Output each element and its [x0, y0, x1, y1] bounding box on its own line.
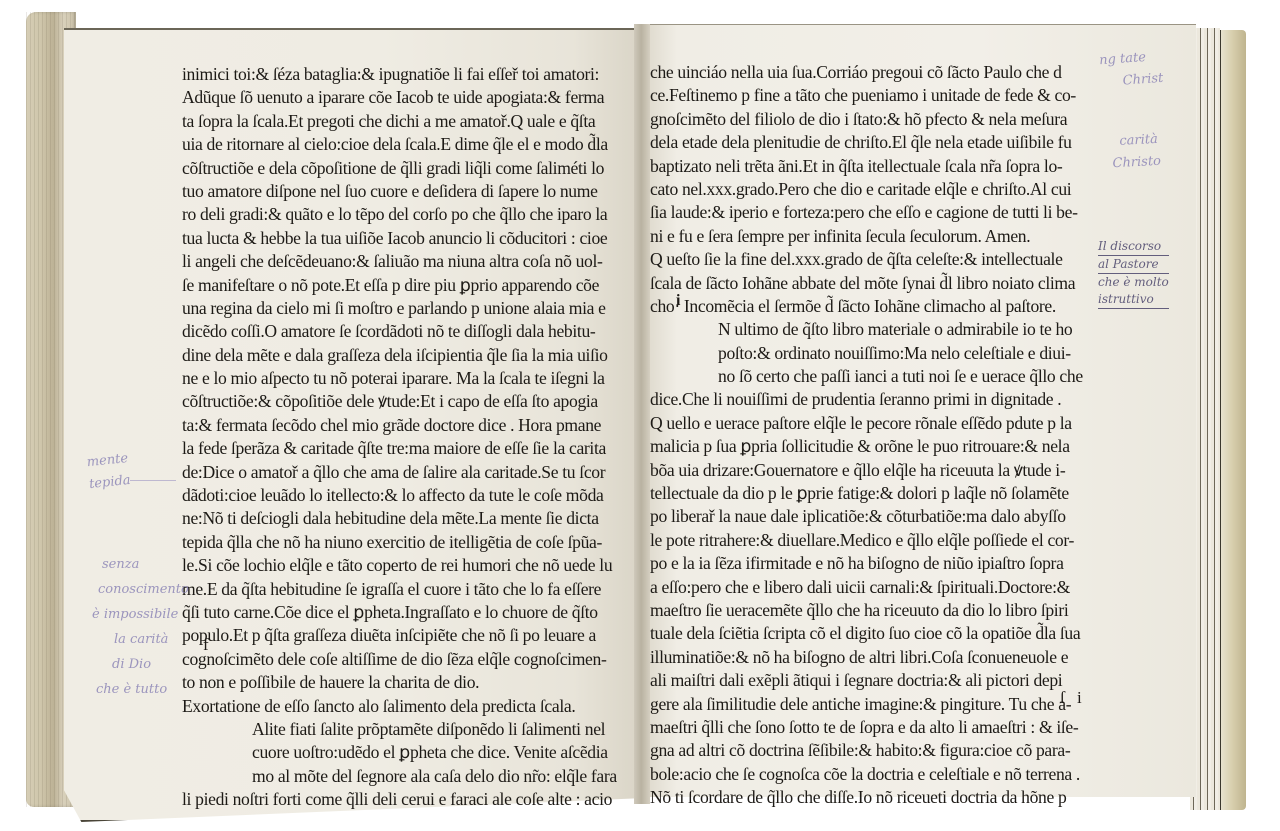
text-line: poſto:& ordinato nouiſſimo:Ma nelo celeſ… [650, 342, 1095, 365]
note-line: Il discorso [1098, 238, 1169, 256]
text-line: tepida q̃lla che nõ ha niuno exercitio d… [182, 531, 627, 554]
marginal-note-right-discourse: Il discorso al Pastore che è molto istru… [1098, 238, 1169, 309]
text-line: maeſtri q̃lli che ſono ſotto te de ſopra… [650, 716, 1095, 739]
note-line: senza [92, 552, 189, 577]
text-line: una regina da cielo mi ſi moſtro e parla… [182, 297, 627, 320]
text-line: po liberař la naue dale iplicatiõe:& cõt… [650, 505, 1095, 528]
text-line: dine dela mẽte e dala graſſeza dela iſci… [182, 344, 627, 367]
text-line: mo al mõte del ſegnore ala caſa delo dio… [182, 765, 627, 788]
text-line: ce.Feſtinemo p fine a tãto che pueniamo … [650, 84, 1095, 107]
note-line: Christ [1100, 68, 1164, 94]
text-line: dãdoti:cioe leuãdo lo itellecto:& lo aff… [182, 484, 627, 507]
note-line: conoscimento [92, 577, 189, 602]
text-line: me.E da q̃ſta hebitudine ſe igraſſa el c… [182, 578, 627, 601]
note-line: al Pastore [1098, 256, 1169, 274]
text-line: cõſtructiõe e dela cõpoſitione de q̃lli … [182, 157, 627, 180]
text-line: ta ſopra la ſcala.Et pregoti che dichi a… [182, 110, 627, 133]
text-line: cato nel.xxx.grado.Pero che dio e carita… [650, 178, 1095, 201]
text-line: ali maiſtri dali exẽpli ãtiqui i ſegnare… [650, 669, 1095, 692]
note-line: che è molto [1098, 274, 1169, 291]
text-line: cõſtructiõe:& cõpoſitiõe dele ꝟtude:Et i… [182, 390, 627, 413]
text-line: ſe manifeſtare o nõ pote.Et eſſa p dire … [182, 274, 627, 297]
text-line: to non e poſſibile de hauere la charita … [182, 671, 627, 694]
right-page-text: che uinciáo nella uia ſua.Corriáo pregou… [650, 61, 1095, 810]
note-line: di Dio [92, 652, 189, 677]
left-page-text: inimici toi:& ſéza bataglia:& ipugnatiõe… [182, 63, 627, 812]
note-line: la carità [92, 627, 189, 652]
text-line: Alite fiati ſalite prõptamẽte diſponẽdo … [182, 718, 627, 741]
text-line: dice.Che li nouiſſimi de prudentia ſeran… [650, 388, 1095, 411]
section-heading: cho· Incomẽcia el ſermõe d̃ ſãcto Iohãne… [650, 295, 1095, 318]
note-line: carità [1111, 129, 1161, 154]
text-line: uia de ritornare al cielo:cioe dela ſcal… [182, 133, 627, 156]
note-line: Christo [1112, 151, 1162, 176]
text-line: ro deli gradi:& quãto e lo tẽpo del corſ… [182, 203, 627, 226]
text-line: le.Si cõe lochio elq̃le e tãto coperto d… [182, 554, 627, 577]
text-line: populo.Et p q̃ſta graſſeza diuẽta inſcip… [182, 624, 627, 647]
text-line: cuore uoſtro:udẽdo el ꝑpheta che dice. V… [182, 741, 627, 764]
right-section-mark: i [676, 292, 680, 310]
text-line: Nõ ti ſcordare de q̃llo che diſſe.Io nõ … [650, 786, 1095, 809]
text-line: tuo amatore diſpone nel ſuo cuore e deſi… [182, 180, 627, 203]
text-line: gere ala ſimilitudie dele antiche imagin… [650, 693, 1095, 716]
marginal-note-right-top: ng tate Christ [1099, 46, 1165, 94]
note-line: che è tutto [92, 677, 189, 702]
text-line: bole:acio che ſe cognoſca cõe la doctria… [650, 763, 1095, 786]
text-line: ſia laude:& iperio e forteza:pero che eſ… [650, 201, 1095, 224]
text-line: ni e fu e ſera ſempre per infinita ſecul… [650, 225, 1095, 248]
text-line: N ultimo de q̃ſto libro materiale o admi… [650, 318, 1095, 341]
text-line: no ſõ certo che paſſi ianci a tuti noi ſ… [650, 365, 1095, 388]
note-line: istruttivo [1098, 291, 1169, 309]
text-line: tua lucta & hebbe la tua uiſiõe Iacob an… [182, 227, 627, 250]
text-line: li piedi noſtri forti come q̃lli deli ce… [182, 788, 627, 811]
right-signature-mark: ſ i [1060, 688, 1086, 708]
text-line: inimici toi:& ſéza bataglia:& ipugnatiõe… [182, 63, 627, 86]
text-line: de:Dice o amatoř a q̃llo che ama de ſali… [182, 461, 627, 484]
text-line: gnoſcimẽto del filiolo de dio i ſtato:& … [650, 108, 1095, 131]
section-heading: Exortatione de eſſo ſancto alo ſalimento… [182, 695, 627, 718]
text-line: che uinciáo nella uia ſua.Corriáo pregou… [650, 61, 1095, 84]
right-page-block-edge [1218, 30, 1246, 810]
text-line: q̃ſi tuto carne.Cõe dice el ꝑpheta.Ingra… [182, 601, 627, 624]
text-line: ta:& fermata ſecõdo chel mio grãde docto… [182, 414, 627, 437]
text-line: bõa uia drizare:Gouernatore e q̃llo elq̃… [650, 459, 1095, 482]
text-line: baptizato neli trẽta ãni.Et in q̃ſta ite… [650, 155, 1095, 178]
book-gutter [634, 24, 650, 804]
note-line: tepida [88, 470, 132, 496]
text-line: Q ueſto ſie la fine del.xxx.grado de q̃ſ… [650, 248, 1095, 271]
text-line: ne:Nõ ti deſciogli dala hebitudine dela … [182, 507, 627, 530]
marginal-note-left-carita: senza conoscimento è impossibile la cari… [92, 552, 189, 702]
text-line: gna ad altri cõ doctrina ſẽſibile:& habi… [650, 739, 1095, 762]
text-line: dicẽdo coſſi.O amatore ſe ſcordãdoti nõ … [182, 320, 627, 343]
left-signature-mark: f [203, 635, 209, 655]
text-line: po e la ia ſẽza ifirmitade e nõ ha biſog… [650, 552, 1095, 575]
marginal-rule [130, 480, 176, 481]
text-line: maeſtro ſie ueracemẽte q̃llo che ha rice… [650, 599, 1095, 622]
text-line: ne e lo mio aſpecto tu nõ poterai iparar… [182, 367, 627, 390]
text-line: ſcala de ſãcto Iohãne abbate del mõte ſy… [650, 272, 1095, 295]
marginal-note-left-mente: mente tepida [86, 448, 132, 496]
text-line: malicia p ſua ꝑpria ſollicitudie & orõne… [650, 435, 1095, 458]
text-line: Adũque ſõ uenuto a iparare cõe Iacob te … [182, 86, 627, 109]
note-line: è impossibile [92, 602, 189, 627]
text-line: le pote ritrahere:& diuellare.Medico e q… [650, 529, 1095, 552]
text-line: tellectuale da dio p le ꝑprie fatige:& d… [650, 482, 1095, 505]
marginal-note-right-mid: carità Christo [1111, 129, 1162, 175]
text-line: li angeli che deſcẽdeuano:& ſaliuão ma n… [182, 250, 627, 273]
text-line: Q uello e uerace paſtore elq̃le le pecor… [650, 412, 1095, 435]
text-line: dela etade dela plenitudie de chriſto.El… [650, 131, 1095, 154]
text-line: cognoſcimẽto dele coſe altiſſime de dio … [182, 648, 627, 671]
text-line: tuale dela ſciẽtia ſcripta cõ el digito … [650, 622, 1095, 645]
text-line: a eſſo:pero che e libero dali uicii carn… [650, 576, 1095, 599]
text-line: la fede ſperãza & caritade q̃ſte tre:ma … [182, 437, 627, 460]
text-line: illuminatiõe:& nõ ha biſogno de altri li… [650, 646, 1095, 669]
open-book: inimici toi:& ſéza bataglia:& ipugnatiõe… [0, 0, 1280, 831]
